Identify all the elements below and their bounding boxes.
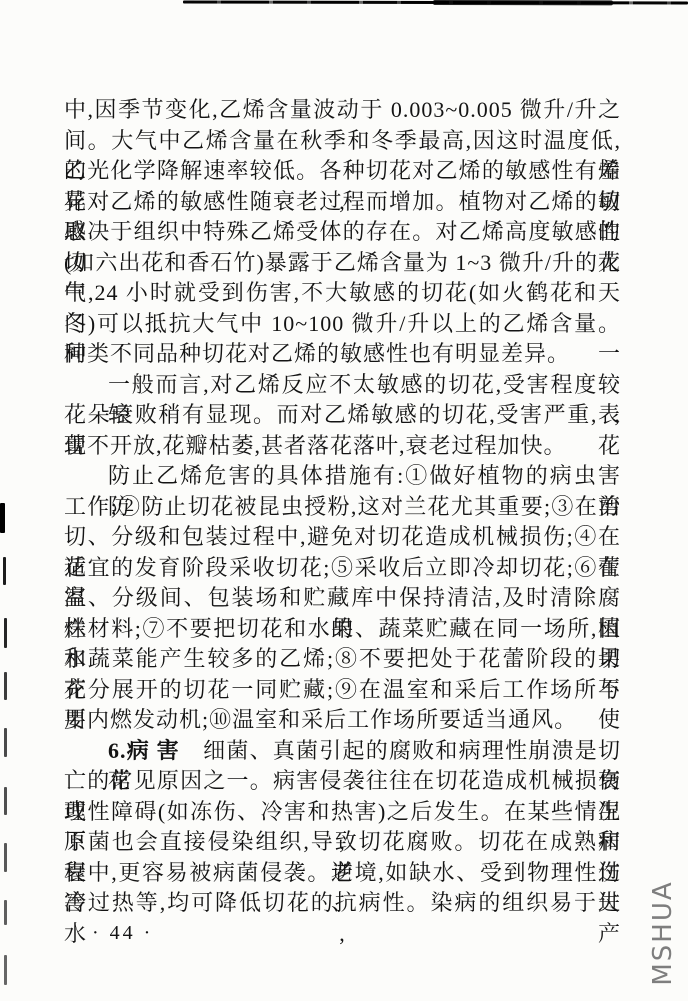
text-line: 间。大气中乙烯含量在秋季和冬季最高,因这时温度低,乙烯 (64, 126, 621, 157)
watermark-text: MSHUA (647, 863, 679, 1001)
scan-edge-mark (4, 672, 7, 700)
scan-edge-mark (4, 618, 7, 648)
text-line: 中,因季节变化,乙烯含量波动于 0.003~0.005 微升/升之 (64, 95, 621, 126)
text-line: 程中,更容易被病菌侵袭。逆境,如缺水、受到物理性伤害、过 (64, 858, 621, 889)
text-line: 中,24 小时就受到伤害,不大敏感的切花(如火鹤花和天门 (64, 278, 621, 309)
text-line: 冬)可以抵抗大气中 10~100 微升/升以上的乙烯含量。同一 (64, 309, 621, 340)
text-line: 的光化学降解速率较低。各种切花对乙烯的敏感性有差异,切 (64, 156, 621, 187)
text-line: 取决于组织中特殊乙烯受体的存在。对乙烯高度敏感的切花 (64, 217, 621, 248)
text-line: 原菌也会直接侵染组织,导致切花腐败。切花在成熟和衰老过 (64, 827, 621, 858)
text-line: 种类不同品种切花对乙烯的敏感性也有明显差异。 (64, 339, 621, 370)
text-line: 充分展开的切花一同贮藏;⑨在温室和采后工作场所不要使 (64, 675, 621, 706)
text-line: 工作;②防止切花被昆虫授粉,这对兰花尤其重要;③在剪 (64, 492, 621, 523)
scan-edge-mark (4, 843, 7, 872)
text-line: 亡的常见原因之一。病害侵袭往往在切花造成机械损伤或生 (64, 766, 621, 797)
text-line: 防止乙烯危害的具体措施有:①做好植物的病虫害防治 (64, 461, 621, 492)
text-line: 理性障碍(如冻伤、冷害和热害)之后发生。在某些情况下,病 (64, 797, 621, 828)
scan-edge-mark (3, 557, 6, 585)
scan-edge-mark (0, 503, 5, 533)
text-line: 株材料;⑦不要把切花和水果、蔬菜贮藏在同一场所,因水果 (64, 614, 621, 645)
scan-edge-mark (4, 900, 7, 925)
text-line: (如六出花和香石竹)暴露于乙烯含量为 1~3 微升/升的大气 (64, 248, 621, 279)
section-heading: 6.病 害 (108, 738, 180, 763)
text-line: 冷过热等,均可降低切花的抗病性。染病的组织易于失水,产 (64, 888, 621, 919)
text-line: 适宜的发育阶段采收切花;⑤采收后立即冷却切花;⑥在温 (64, 553, 621, 584)
scan-edge-mark (4, 787, 7, 815)
text-line: 切、分级和包装过程中,避免对切花造成机械损伤;④在花蕾 (64, 522, 621, 553)
scan-edge-mark (4, 728, 7, 757)
scan-edge-mark (4, 955, 7, 985)
text-line: 花对乙烯的敏感性随衰老过程而增加。植物对乙烯的敏感性 (64, 187, 621, 218)
text-lines: 中,因季节变化,乙烯含量波动于 0.003~0.005 微升/升之间。大气中乙烯… (64, 95, 621, 919)
scan-top-line-artifact (183, 0, 688, 4)
text-line: 用内燃发动机;⑩温室和采后工作场所要适当通风。 (64, 705, 621, 736)
text-line: 一般而言,对乙烯反应不太敏感的切花,受害程度较轻, (64, 370, 621, 401)
text-line: 室、分级间、包装场和贮藏库中保持清洁,及时清除腐烂的植 (64, 583, 621, 614)
text-line: 蕾不开放,花瓣枯萎,甚者落花落叶,衰老过程加快。 (64, 431, 621, 462)
text-line: 花朵衰败稍有显现。而对乙烯敏感的切花,受害严重,表现花 (64, 400, 621, 431)
page-number: · 44 · (92, 920, 153, 946)
text-line: 6.病 害 细菌、真菌引起的腐败和病理性崩溃是切花衰 (64, 736, 621, 767)
book-page: 中,因季节变化,乙烯含量波动于 0.003~0.005 微升/升之间。大气中乙烯… (0, 0, 688, 1001)
text-line: 和蔬菜能产生较多的乙烯;⑧不要把处于花蕾阶段的切花与 (64, 644, 621, 675)
